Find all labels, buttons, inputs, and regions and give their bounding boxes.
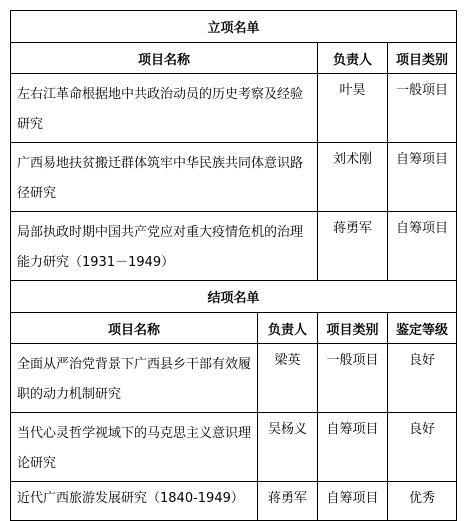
project-name: 当代心灵哲学视域下的马克思主义意识理论研究 xyxy=(11,413,258,482)
project-table: 立项名单 项目名称 负责人 项目类别 左右江革命根据地中共政治动员的历史考察及经… xyxy=(10,10,457,488)
project-name: 近代广西旅游发展研究（1840-1949） xyxy=(11,482,258,489)
project-lists: 立项名单 项目名称 负责人 项目类别 左右江革命根据地中共政治动员的历史考察及经… xyxy=(10,10,456,488)
project-category: 自筹项目 xyxy=(388,212,457,281)
project-leader: 吴杨义 xyxy=(258,413,318,482)
project-category: 自筹项目 xyxy=(388,143,457,212)
completed-col-grade: 鉴定等级 xyxy=(388,313,457,344)
project-leader: 梁英 xyxy=(258,344,318,413)
project-name: 局部执政时期中国共产党应对重大疫情危机的治理能力研究（1931－1949） xyxy=(11,212,318,281)
project-name: 全面从严治党背景下广西县乡干部有效履职的动力机制研究 xyxy=(11,344,258,413)
project-leader: 蒋勇军 xyxy=(318,212,388,281)
project-category: 一般项目 xyxy=(318,344,388,413)
approved-col-name: 项目名称 xyxy=(11,43,318,74)
approved-section-title: 立项名单 xyxy=(11,11,457,43)
table-row: 近代广西旅游发展研究（1840-1949） 蒋勇军 自筹项目 优秀 xyxy=(11,482,457,489)
project-category: 一般项目 xyxy=(388,74,457,143)
project-grade: 良好 xyxy=(388,413,457,482)
project-category: 自筹项目 xyxy=(318,482,388,489)
project-leader: 蒋勇军 xyxy=(258,482,318,489)
table-row: 当代心灵哲学视域下的马克思主义意识理论研究 吴杨义 自筹项目 良好 xyxy=(11,413,457,482)
project-leader: 刘术刚 xyxy=(318,143,388,212)
approved-col-category: 项目类别 xyxy=(388,43,457,74)
project-leader: 叶昊 xyxy=(318,74,388,143)
project-name: 广西易地扶贫搬迁群体筑牢中华民族共同体意识路径研究 xyxy=(11,143,318,212)
table-row: 局部执政时期中国共产党应对重大疫情危机的治理能力研究（1931－1949） 蒋勇… xyxy=(11,212,457,281)
project-category: 自筹项目 xyxy=(318,413,388,482)
table-row: 全面从严治党背景下广西县乡干部有效履职的动力机制研究 梁英 一般项目 良好 xyxy=(11,344,457,413)
approved-col-leader: 负责人 xyxy=(318,43,388,74)
project-name: 左右江革命根据地中共政治动员的历史考察及经验研究 xyxy=(11,74,318,143)
table-row: 左右江革命根据地中共政治动员的历史考察及经验研究 叶昊 一般项目 xyxy=(11,74,457,143)
completed-col-category: 项目类别 xyxy=(318,313,388,344)
completed-col-name: 项目名称 xyxy=(11,313,258,344)
table-row: 广西易地扶贫搬迁群体筑牢中华民族共同体意识路径研究 刘术刚 自筹项目 xyxy=(11,143,457,212)
project-grade: 优秀 xyxy=(388,482,457,489)
completed-section-title: 结项名单 xyxy=(11,281,457,313)
project-grade: 良好 xyxy=(388,344,457,413)
completed-col-leader: 负责人 xyxy=(258,313,318,344)
